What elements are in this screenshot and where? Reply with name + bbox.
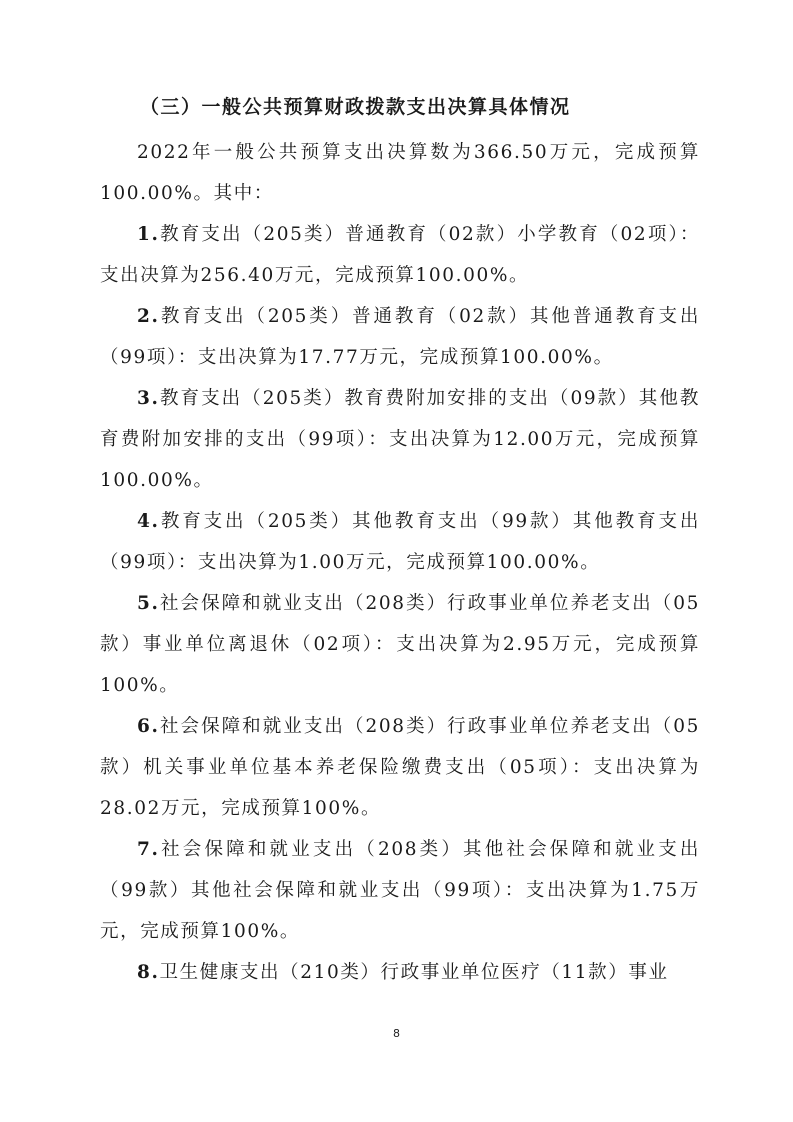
item-number: 6. [137,716,160,737]
item-text: 卫生健康支出（210类）行政事业单位医疗（11款）事业 [160,962,669,983]
list-item: 7.社会保障和就业支出（208类）其他社会保障和就业支出（99款）其他社会保障和… [100,829,700,952]
intro-paragraph: 2022年一般公共预算支出决算数为366.50万元，完成预算100.00%。其中… [100,132,700,214]
list-item: 2.教育支出（205类）普通教育（02款）其他普通教育支出（99项）：支出决算为… [100,296,700,378]
item-number: 2. [137,306,160,327]
item-number: 4. [137,511,160,532]
item-text: 社会保障和就业支出（208类）其他社会保障和就业支出（99款）其他社会保障和就业… [100,839,700,942]
item-number: 5. [137,593,160,614]
list-item: 6.社会保障和就业支出（208类）行政事业单位养老支出（05款）机关事业单位基本… [100,706,700,829]
section-heading: （三）一般公共预算财政拨款支出决算具体情况 [140,92,571,119]
page-number: 8 [0,1027,793,1040]
list-item: 3.教育支出（205类）教育费附加安排的支出（09款）其他教育费附加安排的支出（… [100,378,700,501]
list-item: 8.卫生健康支出（210类）行政事业单位医疗（11款）事业 [100,952,700,993]
item-number: 3. [137,388,160,409]
item-text: 社会保障和就业支出（208类）行政事业单位养老支出（05款）事业单位离退休（02… [100,593,700,696]
item-text: 教育支出（205类）教育费附加安排的支出（09款）其他教育费附加安排的支出（99… [100,388,700,491]
item-number: 8. [137,962,160,983]
item-text: 社会保障和就业支出（208类）行政事业单位养老支出（05款）机关事业单位基本养老… [100,716,700,819]
item-number: 1. [137,224,160,245]
list-item: 4.教育支出（205类）其他教育支出（99款）其他教育支出（99项）：支出决算为… [100,501,700,583]
list-item: 1.教育支出（205类）普通教育（02款）小学教育（02项）：支出决算为256.… [100,214,700,296]
item-number: 7. [137,839,160,860]
item-text: 教育支出（205类）其他教育支出（99款）其他教育支出（99项）：支出决算为1.… [100,511,700,573]
item-text: 教育支出（205类）普通教育（02款）其他普通教育支出（99项）：支出决算为17… [100,306,700,368]
item-text: 教育支出（205类）普通教育（02款）小学教育（02项）：支出决算为256.40… [100,224,700,286]
list-item: 5.社会保障和就业支出（208类）行政事业单位养老支出（05款）事业单位离退休（… [100,583,700,706]
